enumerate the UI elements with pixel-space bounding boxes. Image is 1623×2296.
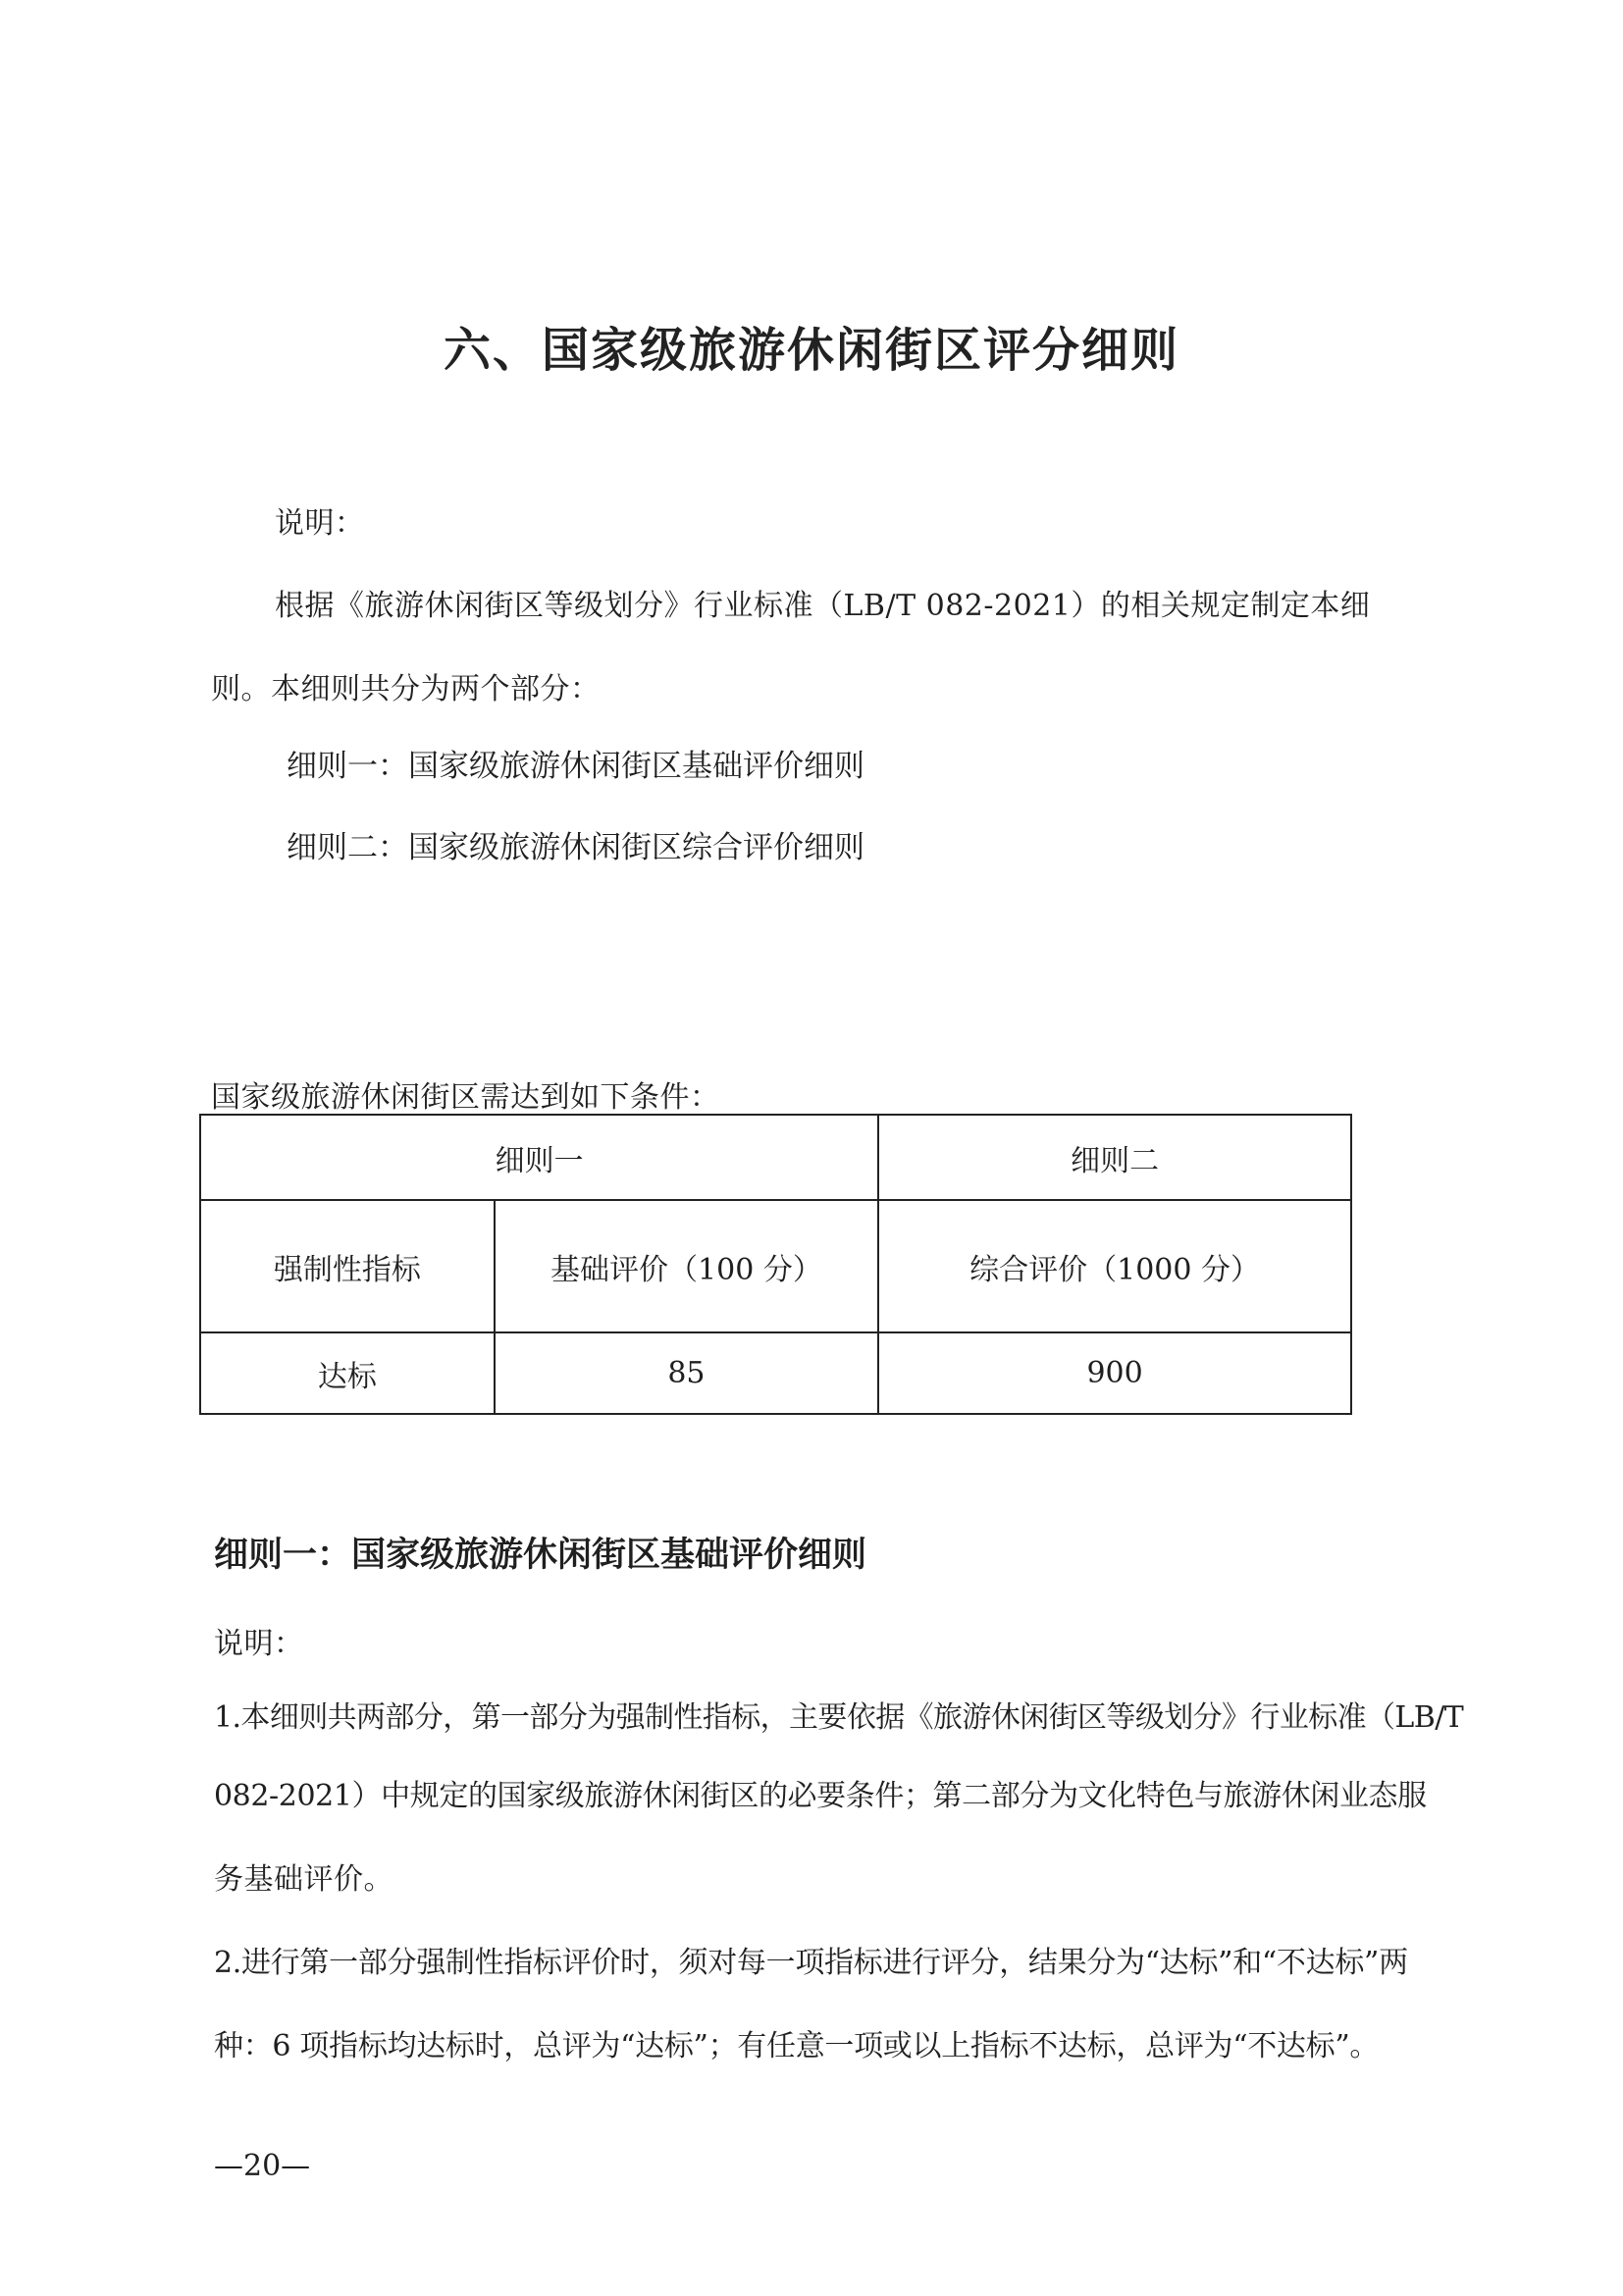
requirements-caption: 国家级旅游休闲街区需达到如下条件：: [211, 1072, 720, 1116]
column-mandatory: 强制性指标: [200, 1200, 495, 1332]
table-row: 达标 85 900: [200, 1332, 1351, 1414]
section-note-label: 说明：: [214, 1619, 304, 1662]
intro-part-2: 细则二：国家级旅游休闲街区综合评价细则: [287, 822, 864, 866]
section-line-2: 082-2021）中规定的国家级旅游休闲街区的必要条件；第二部分为文化特色与旅游…: [214, 1771, 1427, 1814]
section-line-3: 务基础评价。: [214, 1854, 393, 1898]
intro-paragraph-line-2: 则。本细则共分为两个部分：: [211, 664, 601, 707]
table-header-group-row: 细则一 细则二: [200, 1115, 1351, 1200]
header-group-1: 细则一: [200, 1115, 878, 1200]
page-number: —20—: [214, 2149, 310, 2183]
requirements-table: 细则一 细则二 强制性指标 基础评价（100 分） 综合评价（1000 分） 达…: [199, 1114, 1352, 1415]
cell-comprehensive: 900: [878, 1332, 1351, 1414]
cell-basic: 85: [495, 1332, 878, 1414]
intro-paragraph-line-1: 根据《旅游休闲街区等级划分》行业标准（LB/T 082-2021）的相关规定制定…: [275, 581, 1370, 624]
section-line-5: 种：6 项指标均达标时，总评为“达标”；有任意一项或以上指标不达标，总评为“不达…: [214, 2021, 1379, 2064]
cell-mandatory: 达标: [200, 1332, 495, 1414]
page-title: 六、国家级旅游休闲街区评分细则: [0, 312, 1623, 380]
column-comprehensive: 综合评价（1000 分）: [878, 1200, 1351, 1332]
section-heading: 细则一：国家级旅游休闲街区基础评价细则: [214, 1528, 866, 1577]
intro-part-1: 细则一：国家级旅游休闲街区基础评价细则: [287, 741, 864, 785]
table-column-row: 强制性指标 基础评价（100 分） 综合评价（1000 分）: [200, 1200, 1351, 1332]
header-group-2: 细则二: [878, 1115, 1351, 1200]
section-line-1: 1.本细则共两部分，第一部分为强制性指标，主要依据《旅游休闲街区等级划分》行业标…: [214, 1693, 1463, 1736]
section-line-4: 2.进行第一部分强制性指标评价时，须对每一项指标进行评分，结果分为“达标”和“不…: [214, 1938, 1408, 1981]
intro-note-label: 说明：: [275, 498, 365, 542]
column-basic: 基础评价（100 分）: [495, 1200, 878, 1332]
